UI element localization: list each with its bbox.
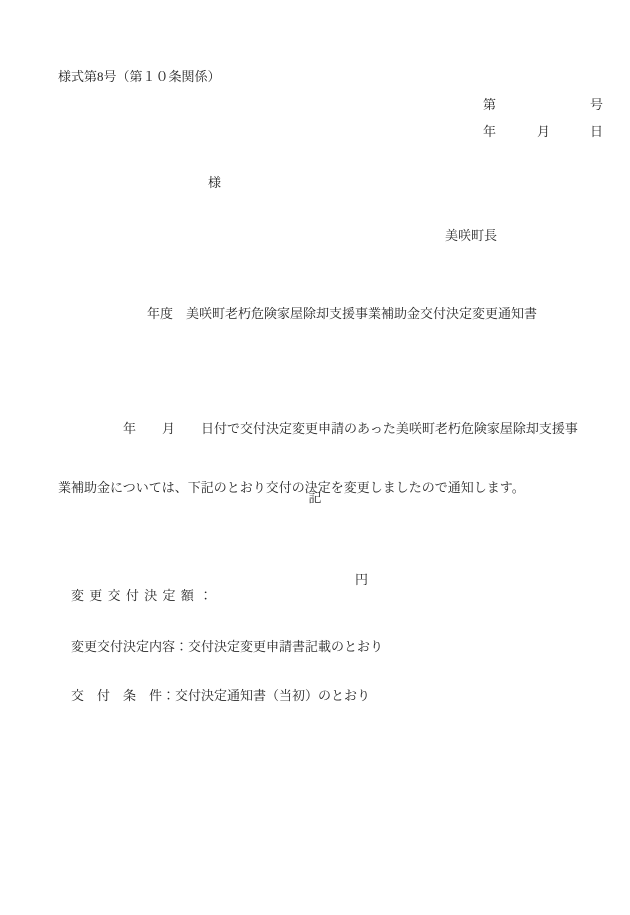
content-value: 交付決定変更申請書記載のとおり xyxy=(188,639,383,654)
body-paragraph: 年 月 日付で交付決定変更申請のあった美咲町老朽危険家屋除却支援事 業補助金につ… xyxy=(58,382,578,534)
sender-title: 美咲町長 xyxy=(445,228,497,244)
condition-label: 交 付 条 件： xyxy=(71,688,175,703)
condition-value: 交付決定通知書（当初）のとおり xyxy=(175,688,370,703)
form-number: 様式第8号（第１０条関係） xyxy=(58,69,221,85)
document-title: 年度 美咲町老朽危険家屋除却支援事業補助金交付決定変更通知書 xyxy=(147,306,537,322)
condition-row: 交 付 条 件：交付決定通知書（当初）のとおり xyxy=(58,669,370,720)
date-year-label: 年 xyxy=(483,124,496,140)
doc-number-suffix: 号 xyxy=(590,97,603,113)
record-marker: 記 xyxy=(0,490,630,506)
recipient-honorific: 様 xyxy=(208,175,221,191)
content-row: 変更交付決定内容：交付決定変更申請書記載のとおり xyxy=(58,620,383,671)
body-line-1: 年 月 日付で交付決定変更申請のあった美咲町老朽危険家屋除却支援事 xyxy=(58,415,578,442)
amount-label: 変更交付決定額： xyxy=(71,588,217,603)
date-month-label: 月 xyxy=(537,124,550,140)
doc-number-prefix: 第 xyxy=(483,97,496,113)
date-day-label: 日 xyxy=(590,124,603,140)
amount-unit-label: 円 xyxy=(355,569,368,588)
document-page: 様式第8号（第１０条関係） 第 号 年 月 日 様 美咲町長 年度 美咲町老朽危… xyxy=(0,0,630,915)
content-label: 変更交付決定内容： xyxy=(71,639,188,654)
